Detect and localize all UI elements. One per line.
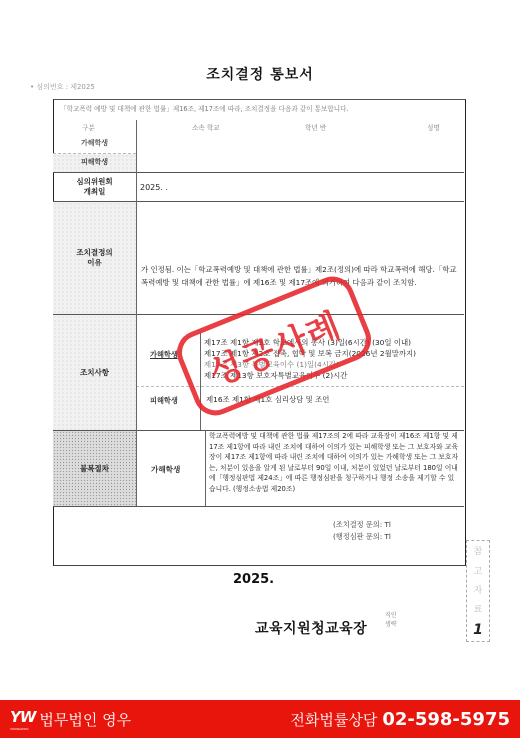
firm-brand[interactable]: YW YOUNGWOO 법무법인 영우: [10, 707, 131, 731]
header-grade-class: 학년 반: [305, 122, 326, 132]
issue-date: 2025.: [233, 572, 274, 587]
scanned-document: 조치결정 통보서 • 심의번호 : 제2025 「학교폭력 예방 및 대책에 관…: [0, 0, 520, 700]
column-divider: [205, 431, 206, 506]
decision-inquiry: (조치결정 문의: Tl: [333, 520, 391, 530]
ref-char: 자: [474, 583, 483, 596]
appeal-offender-label: 가해학생: [151, 464, 180, 475]
seal-note: 직인 생략: [385, 611, 397, 629]
meeting-label-line2: 개최일: [84, 187, 106, 197]
reason-label-line2: 이유: [87, 258, 102, 268]
measures-offender-label: 가해학생: [150, 350, 178, 360]
meeting-date-value: 2025. .: [140, 183, 168, 192]
appeal-text: 학교폭력예방 및 대책에 관한 법률 제17조의 2에 따라 교육장이 제16조…: [209, 431, 459, 494]
header-school: 소속 학교: [192, 122, 220, 132]
appeal-inquiry: (행정심판 문의: Tl: [333, 532, 391, 542]
row-divider: [53, 506, 464, 507]
phone-consult-link[interactable]: 전화법률상담 02-598-5975: [290, 709, 510, 730]
header-name: 성명: [427, 122, 440, 132]
seal-note-line1: 직인: [385, 611, 397, 620]
measures-victim-label: 피해학생: [150, 396, 178, 406]
row-divider: [136, 386, 464, 387]
reason-label: 조치결정의 이유: [53, 202, 136, 314]
phone-number[interactable]: 02-598-5975: [382, 709, 510, 730]
intro-text: 「학교폭력 예방 및 대책에 관한 법률」제16조, 제17조에 따라, 조치결…: [60, 103, 349, 113]
offender-label: 가해학생: [53, 135, 136, 153]
reason-label-line1: 조치결정의: [76, 248, 112, 258]
logo-mark: YW: [10, 708, 35, 726]
measures-label: 조치사항: [53, 315, 136, 430]
document-title: 조치결정 통보서: [0, 64, 520, 84]
ref-char: 참: [474, 544, 483, 557]
header-category: 구분: [82, 122, 95, 132]
seal-note-line2: 생략: [385, 620, 397, 629]
ref-number: 1: [473, 622, 483, 638]
victim-label: 피해학생: [53, 154, 136, 172]
column-divider: [136, 120, 137, 506]
phone-label: 전화법률상담: [290, 709, 377, 730]
ref-char: 고: [474, 564, 483, 577]
firm-name: 법무법인 영우: [39, 709, 131, 730]
reason-text: 가 인정됨. 이는「학교폭력예방 및 대책에 관한 법률」제2조(정의)에 따라…: [141, 264, 459, 289]
footer-banner[interactable]: YW YOUNGWOO 법무법인 영우 전화법률상담 02-598-5975: [0, 700, 520, 738]
reference-tab: 참 고 자 료 1: [466, 540, 490, 642]
document-number: • 심의번호 : 제2025: [30, 82, 95, 92]
issuer-name: 교육지원청교육장: [255, 618, 367, 638]
firm-logo-icon: YW YOUNGWOO: [10, 707, 35, 731]
appeal-label: 불복절차: [53, 431, 136, 506]
meeting-label-line1: 심의위원회: [76, 177, 112, 187]
ref-char: 료: [474, 602, 483, 615]
logo-subtext: YOUNGWOO: [10, 727, 35, 731]
meeting-date-label: 심의위원회 개최일: [53, 173, 136, 201]
